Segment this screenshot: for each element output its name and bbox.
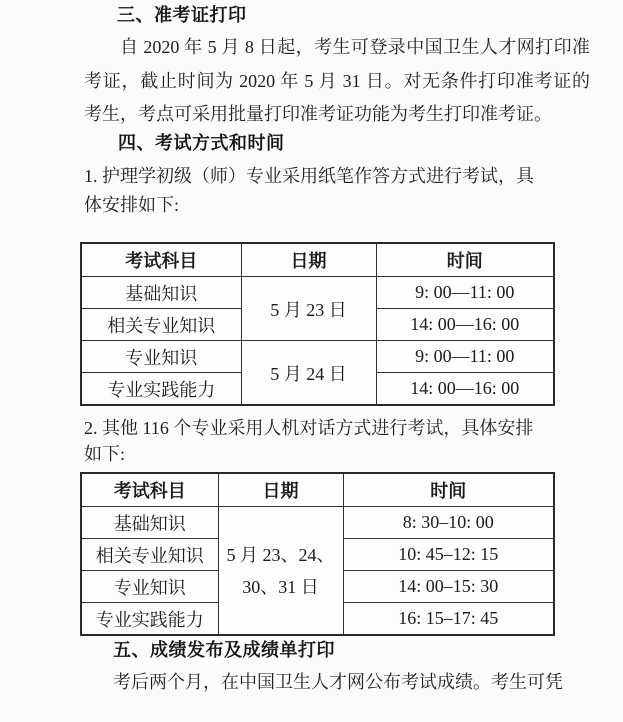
paragraph-line: 1. 护理学初级（师）专业采用纸笔作答方式进行考试，具 xyxy=(84,162,590,190)
header-cell-subject: 考试科目 xyxy=(81,243,241,277)
header-cell-date: 日期 xyxy=(241,243,376,277)
date-line: 5 月 23、24、 xyxy=(219,539,343,571)
section-heading-score-release: 五、成绩发布及成绩单打印 xyxy=(113,637,335,665)
table-header-row: 考试科目 日期 时间 xyxy=(81,243,554,277)
subject-cell: 专业知识 xyxy=(81,571,218,603)
subject-cell: 相关专业知识 xyxy=(81,539,218,571)
subject-cell: 基础知识 xyxy=(81,277,241,309)
time-cell: 14: 00—16: 00 xyxy=(376,373,554,406)
date-cell: 5 月 23 日 xyxy=(241,277,376,341)
header-cell-time: 时间 xyxy=(376,243,554,277)
paragraph-line: 如下: xyxy=(84,440,590,468)
paper-exam-schedule-table: 考试科目 日期 时间 基础知识 5 月 23 日 9: 00—11: 00 相关… xyxy=(80,242,555,406)
time-cell: 14: 00—16: 00 xyxy=(376,309,554,341)
subject-cell: 专业知识 xyxy=(81,341,241,373)
date-cell: 5 月 24 日 xyxy=(241,341,376,406)
paragraph-line: 考后两个月，在中国卫生人才网公布考试成绩。考生可凭 xyxy=(113,668,619,696)
table-header-row: 考试科目 日期 时间 xyxy=(81,473,554,507)
subject-cell: 基础知识 xyxy=(81,507,218,539)
paragraph-line: 自 2020 年 5 月 8 日起，考生可登录中国卫生人才网打印准 xyxy=(84,33,590,61)
header-cell-time: 时间 xyxy=(343,473,554,507)
date-cell: 5 月 23、24、 30、31 日 xyxy=(218,507,343,636)
header-cell-date: 日期 xyxy=(218,473,343,507)
subject-cell: 专业实践能力 xyxy=(81,373,241,406)
document-page: 三、准考证打印 自 2020 年 5 月 8 日起，考生可登录中国卫生人才网打印… xyxy=(0,0,623,722)
header-cell-subject: 考试科目 xyxy=(81,473,218,507)
paragraph-line: 考证，截止时间为 2020 年 5 月 31 日。对无条件打印准考证的 xyxy=(84,67,590,95)
table-row: 专业知识 5 月 24 日 9: 00—11: 00 xyxy=(81,341,554,373)
time-cell: 14: 00–15: 30 xyxy=(343,571,554,603)
table-row: 基础知识 5 月 23、24、 30、31 日 8: 30–10: 00 xyxy=(81,507,554,539)
subject-cell: 专业实践能力 xyxy=(81,603,218,636)
section-heading-exam-method: 四、考试方式和时间 xyxy=(118,130,285,158)
time-cell: 9: 00—11: 00 xyxy=(376,277,554,309)
time-cell: 16: 15–17: 45 xyxy=(343,603,554,636)
time-cell: 10: 45–12: 15 xyxy=(343,539,554,571)
time-cell: 9: 00—11: 00 xyxy=(376,341,554,373)
time-cell: 8: 30–10: 00 xyxy=(343,507,554,539)
subject-cell: 相关专业知识 xyxy=(81,309,241,341)
paragraph-line: 考生，考点可采用批量打印准考证功能为考生打印准考证。 xyxy=(84,100,590,128)
computer-exam-schedule-table: 考试科目 日期 时间 基础知识 5 月 23、24、 30、31 日 8: 30… xyxy=(80,472,555,636)
section-heading-admission-ticket: 三、准考证打印 xyxy=(117,2,247,30)
paragraph-line: 2. 其他 116 个专业采用人机对话方式进行考试，具体安排 xyxy=(84,414,590,442)
date-line: 30、31 日 xyxy=(219,571,343,603)
paragraph-line: 体安排如下: xyxy=(84,191,590,219)
table-row: 基础知识 5 月 23 日 9: 00—11: 00 xyxy=(81,277,554,309)
